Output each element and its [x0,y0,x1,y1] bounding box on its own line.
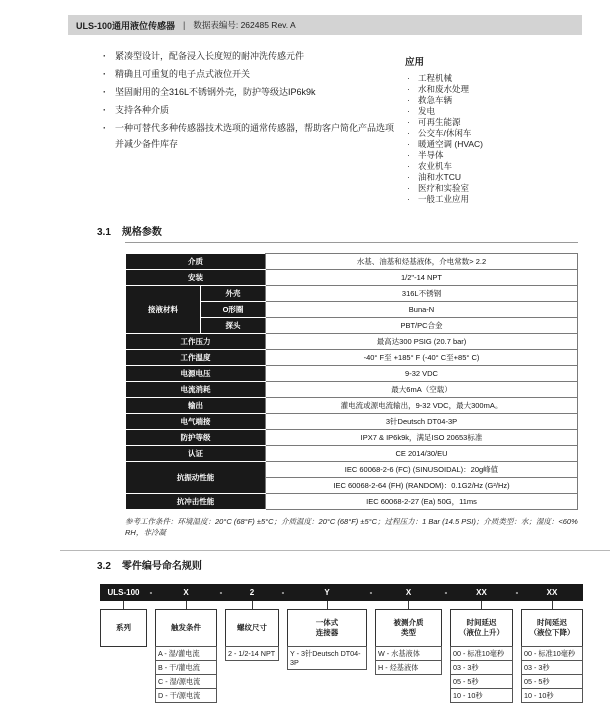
applications-list: 工程机械 水和废水处理 救急车辆 发电 可再生能源 公交车/休闲车 暖通空调 (… [405,73,580,205]
application-item: 救急车辆 [405,95,580,106]
application-item: 油和水TCU [405,172,580,183]
application-item: 医疗和实验室 [405,183,580,194]
pn-code-dash: - [279,588,287,597]
page-title: ULS-100通用液位传感器 [76,19,175,32]
page-header-bar: ULS-100通用液位传感器 | 数据表编号: 262485 Rev. A [68,15,582,35]
pn-code-dash: - [147,588,155,597]
pn-option: 05 - 5秒 [450,674,513,689]
spec-label: 工作温度 [126,350,266,366]
pn-code-dash: - [442,588,450,597]
spec-value: IPX7 & IP6k9k，满足ISO 20653标准 [266,430,578,446]
pn-option: Y - 3针Deutsch DT04-3P [287,646,367,670]
spec-value: IEC 60068-2-64 (FH) (RANDOM)：0.1G2/Hz (G… [266,478,578,494]
pn-column-header: 一体式 连接器 [287,609,367,647]
spec-label: 电源电压 [126,366,266,382]
pn-column-header: 时间延迟 （液位下降） [521,609,583,647]
spec-value: 1/2"-14 NPT [266,270,578,286]
application-item: 工程机械 [405,73,580,84]
application-item: 水和废水处理 [405,84,580,95]
spec-label: 介质 [126,254,266,270]
connector-line [552,601,553,609]
feature-list: 紧凑型设计，配备浸入长度短的耐冲洗传感元件 精确且可重复的电子点式液位开关 坚固… [100,48,400,152]
feature-item: 支持各种介质 [100,102,400,118]
application-item: 农业机车 [405,161,580,172]
applications-container: 应用 工程机械 水和废水处理 救急车辆 发电 可再生能源 公交车/休闲车 暖通空… [405,48,580,205]
pn-option: 00 - 标准10毫秒 [450,646,513,661]
intro-section: 紧凑型设计，配备浸入长度短的耐冲洗传感元件 精确且可重复的电子点式液位开关 坚固… [68,48,582,205]
spec-value: IEC 60068-2-6 (FC) (SINUSOIDAL)：20g峰值 [266,462,578,478]
pn-column-delay-rising: 时间延迟 （液位上升） 00 - 标准10毫秒 03 - 3秒 05 - 5秒 … [450,601,513,703]
table-row: 电源电压 9-32 VDC [126,366,578,382]
spec-label: 认证 [126,446,266,462]
doc-number: 数据表编号: 262485 Rev. A [193,19,295,31]
section-number: 3.1 [97,227,111,238]
table-row: 工作温度 -40° F至 +185° F (-40° C至+85° C) [126,350,578,366]
pn-option: 00 - 标准10毫秒 [521,646,583,661]
spec-sublabel: 外壳 [201,286,266,302]
part-number-diagram: ULS-100 - X - 2 - Y - X - XX - XX 系列 触发条… [100,584,583,703]
pn-column-delay-falling: 时间延迟 （液位下降） 00 - 标准10毫秒 03 - 3秒 05 - 5秒 … [521,601,583,703]
application-item: 一般工业应用 [405,194,580,205]
reference-conditions-note: 参考工作条件：环境温度：20°C (68°F) ±5°C；介质温度：20°C (… [125,517,578,538]
spec-value: PBT/PC合金 [266,318,578,334]
table-row: 抗冲击性能 IEC 60068-2-27 (Ea) 50G，11ms [126,494,578,510]
spec-value: 水基、油基和烃基液体，介电常数> 2.2 [266,254,578,270]
section-title: 规格参数 [122,227,162,238]
spec-label: 输出 [126,398,266,414]
application-item: 可再生能源 [405,117,580,128]
feature-item: 精确且可重复的电子点式液位开关 [100,66,400,82]
section-heading-specs: 3.1规格参数 [97,223,582,238]
pn-column-header: 螺纹尺寸 [225,609,279,647]
section-number: 3.2 [97,561,111,572]
spec-label: 电流消耗 [126,382,266,398]
pn-column-thread-size: 螺纹尺寸 2 - 1/2-14 NPT [225,601,279,703]
feature-list-container: 紧凑型设计，配备浸入长度短的耐冲洗传感元件 精确且可重复的电子点式液位开关 坚固… [100,48,400,205]
pn-option: 03 - 3秒 [450,660,513,675]
spec-value: 316L不锈钢 [266,286,578,302]
spec-value: 最大6mA（空载） [266,382,578,398]
spec-sublabel: O形圈 [201,302,266,318]
connector-line [186,601,187,609]
table-row: 安装 1/2"-14 NPT [126,270,578,286]
pn-option: 05 - 5秒 [521,674,583,689]
pn-options: Y - 3针Deutsch DT04-3P [287,647,367,670]
spec-label: 抗冲击性能 [126,494,266,510]
spec-label: 工作压力 [126,334,266,350]
pn-code-segment: 2 [225,588,279,597]
pn-options: W - 水基液体 H - 烃基液体 [375,647,442,675]
pn-code-segment: X [375,588,442,597]
pn-option: B - 干/灌电流 [155,660,217,675]
connector-line [408,601,409,609]
table-row: 电气端接 3针Deutsch DT04-3P [126,414,578,430]
pn-options: A - 湿/灌电流 B - 干/灌电流 C - 湿/源电流 D - 干/源电流 [155,647,217,703]
spec-value: 9-32 VDC [266,366,578,382]
table-row: 工作压力 最高达300 PSIG (20.7 bar) [126,334,578,350]
pn-column-header: 被测介质 类型 [375,609,442,647]
table-row: 认证 CE 2014/30/EU [126,446,578,462]
spec-value: CE 2014/30/EU [266,446,578,462]
pn-option: H - 烃基液体 [375,660,442,675]
pn-column-media-type: 被测介质 类型 W - 水基液体 H - 烃基液体 [375,601,442,703]
connector-line [481,601,482,609]
pn-code-segment: Y [287,588,367,597]
feature-item: 一种可替代多种传感器技术选项的通常传感器，帮助客户简化产品选项并减少备件库存 [100,120,400,152]
pn-options: 00 - 标准10毫秒 03 - 3秒 05 - 5秒 10 - 10秒 [521,647,583,703]
feature-item: 坚固耐用的全316L不锈钢外壳，防护等级达IP6k9k [100,84,400,100]
pn-code-segment: X [155,588,217,597]
spec-value: Buna-N [266,302,578,318]
spec-value: IEC 60068-2-27 (Ea) 50G，11ms [266,494,578,510]
applications-title: 应用 [405,54,580,68]
pn-code-segment: XX [521,588,583,597]
table-row: 电流消耗 最大6mA（空载） [126,382,578,398]
table-row: 抗振动性能 IEC 60068-2-6 (FC) (SINUSOIDAL)：20… [126,462,578,478]
pn-column-header: 时间延迟 （液位上升） [450,609,513,647]
spec-label: 电气端接 [126,414,266,430]
pn-option: W - 水基液体 [375,646,442,661]
spec-value: 最高达300 PSIG (20.7 bar) [266,334,578,350]
application-item: 暖通空调 (HVAC) [405,139,580,150]
spec-label: 安装 [126,270,266,286]
spec-group-label: 抗振动性能 [126,462,266,494]
section-heading-part-numbering: 3.2零件编号命名规则 [97,557,582,572]
pn-option: 10 - 10秒 [521,688,583,703]
part-number-bar: ULS-100 - X - 2 - Y - X - XX - XX [100,584,583,601]
spec-sublabel: 探头 [201,318,266,334]
spec-value: 3针Deutsch DT04-3P [266,414,578,430]
application-item: 半导体 [405,150,580,161]
connector-line [123,601,124,609]
header-separator: | [183,20,185,30]
application-item: 公交车/休闲车 [405,128,580,139]
pn-options: 00 - 标准10毫秒 03 - 3秒 05 - 5秒 10 - 10秒 [450,647,513,703]
pn-column-header: 触发条件 [155,609,217,647]
pn-column-connector: 一体式 连接器 Y - 3针Deutsch DT04-3P [287,601,367,703]
table-row: 输出 灌电流或源电流输出，9-32 VDC，最大300mA。 [126,398,578,414]
datasheet-page: ULS-100通用液位传感器 | 数据表编号: 262485 Rev. A 紧凑… [0,0,612,717]
section-rule [125,242,578,243]
part-number-columns: 系列 触发条件 A - 湿/灌电流 B - 干/灌电流 C - 湿/源电流 D … [100,601,583,703]
spec-value: 灌电流或源电流输出，9-32 VDC，最大300mA。 [266,398,578,414]
pn-code-segment: XX [450,588,513,597]
connector-line [252,601,253,609]
application-item: 发电 [405,106,580,117]
pn-column-series: 系列 [100,601,147,703]
pn-option: A - 湿/灌电流 [155,646,217,661]
pn-option: 03 - 3秒 [521,660,583,675]
pn-code-dash: - [367,588,375,597]
pn-code-dash: - [513,588,521,597]
pn-option: 10 - 10秒 [450,688,513,703]
connector-line [327,601,328,609]
table-row: 接液材料 外壳 316L不锈钢 [126,286,578,302]
pn-code-segment: ULS-100 [100,588,147,597]
pn-column-trigger: 触发条件 A - 湿/灌电流 B - 干/灌电流 C - 湿/源电流 D - 干… [155,601,217,703]
pn-options: 2 - 1/2-14 NPT [225,647,279,661]
table-row: 防护等级 IPX7 & IP6k9k，满足ISO 20653标准 [126,430,578,446]
feature-item: 紧凑型设计，配备浸入长度短的耐冲洗传感元件 [100,48,400,64]
spec-label: 防护等级 [126,430,266,446]
spec-group-label: 接液材料 [126,286,201,334]
spec-value: -40° F至 +185° F (-40° C至+85° C) [266,350,578,366]
table-row: 介质 水基、油基和烃基液体，介电常数> 2.2 [126,254,578,270]
pn-option: 2 - 1/2-14 NPT [225,646,279,661]
spec-table: 介质 水基、油基和烃基液体，介电常数> 2.2 安装 1/2"-14 NPT 接… [125,253,578,510]
pn-code-dash: - [217,588,225,597]
pn-option: C - 湿/源电流 [155,674,217,689]
pn-column-header: 系列 [100,609,147,647]
section-divider [60,550,610,551]
section-title: 零件编号命名规则 [122,561,202,572]
pn-option: D - 干/源电流 [155,688,217,703]
